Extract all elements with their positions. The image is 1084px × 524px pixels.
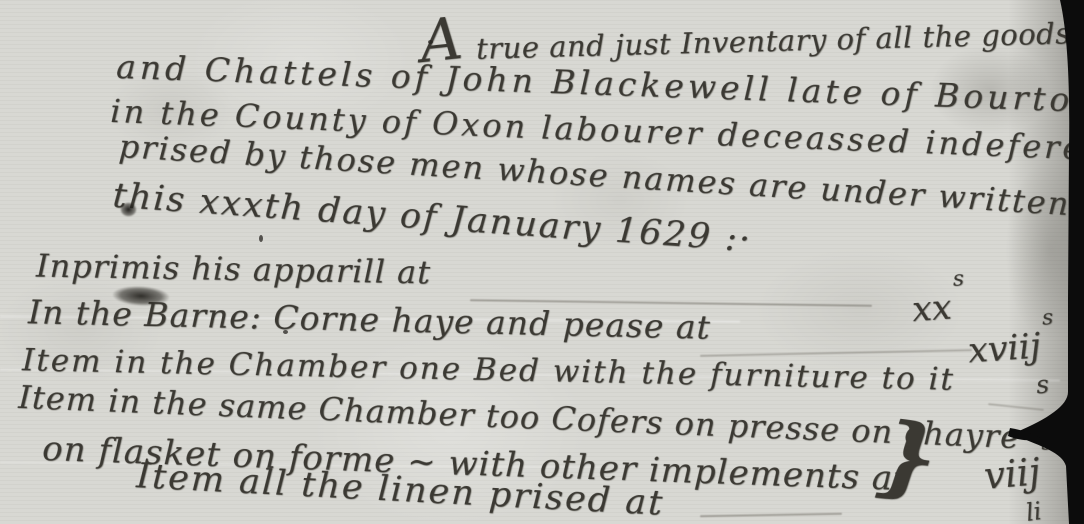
manuscript-page: A true and just Inventary of all the goo… — [0, 0, 1084, 524]
scan-edge-shadow — [0, 0, 1084, 524]
